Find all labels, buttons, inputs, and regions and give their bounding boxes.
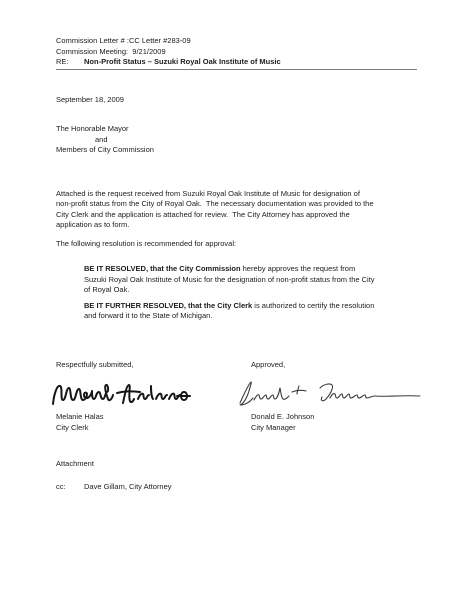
recipient-block: The Honorable Mayor and Members of City … xyxy=(56,124,422,156)
resolution-2: BE IT FURTHER RESOLVED, that the City Cl… xyxy=(84,301,422,322)
cc-label: cc: xyxy=(56,482,84,493)
letter-date: September 18, 2009 xyxy=(56,95,422,106)
signer-title-left: City Clerk xyxy=(56,423,251,434)
signer-title-right: City Manager xyxy=(251,423,314,434)
commission-meeting-line: Commission Meeting: 9/21/2009 xyxy=(56,47,422,58)
recipient-line-1: The Honorable Mayor xyxy=(56,124,422,135)
signatures-row xyxy=(56,370,422,412)
resolution-1-bold: BE IT RESOLVED, that the City Commission xyxy=(84,264,241,273)
resolution-2-bold: BE IT FURTHER RESOLVED, that the City Cl… xyxy=(84,301,252,310)
closing-left: Respectfully submitted, xyxy=(56,360,251,371)
signer-block-right: Donald E. Johnson City Manager xyxy=(251,412,314,433)
signer-name-left: Melanie Halas xyxy=(56,412,251,423)
closings-row: Respectfully submitted, Approved, xyxy=(56,360,422,371)
letter-header: Commission Letter # :CC Letter #283-09 C… xyxy=(56,36,422,68)
signer-names-row: Melanie Halas City Clerk Donald E. Johns… xyxy=(56,412,422,433)
re-line: RE: Non-Profit Status – Suzuki Royal Oak… xyxy=(56,57,422,68)
letter-page: Commission Letter # :CC Letter #283-09 C… xyxy=(0,0,474,613)
re-subject: Non-Profit Status – Suzuki Royal Oak Ins… xyxy=(84,57,281,68)
body-paragraph-2: The following resolution is recommended … xyxy=(56,239,422,250)
resolution-1: BE IT RESOLVED, that the City Commission… xyxy=(84,264,422,296)
recipient-line-2: and xyxy=(56,135,422,146)
body-paragraph-1: Attached is the request received from Su… xyxy=(56,189,422,231)
commission-letter-number: Commission Letter # :CC Letter #283-09 xyxy=(56,36,422,47)
re-label: RE: xyxy=(56,57,84,68)
signer-block-left: Melanie Halas City Clerk xyxy=(56,412,251,433)
attachment-note: Attachment xyxy=(56,459,422,470)
signature-donald-johnson-icon xyxy=(236,379,424,407)
signer-name-right: Donald E. Johnson xyxy=(251,412,314,423)
cc-row: cc: Dave Gillam, City Attorney xyxy=(56,482,422,493)
header-divider xyxy=(56,69,417,70)
closing-right: Approved, xyxy=(251,360,285,371)
cc-value: Dave Gillam, City Attorney xyxy=(84,482,172,493)
recipient-line-3: Members of City Commission xyxy=(56,145,422,156)
signature-melanie-halas-icon xyxy=(51,380,191,412)
